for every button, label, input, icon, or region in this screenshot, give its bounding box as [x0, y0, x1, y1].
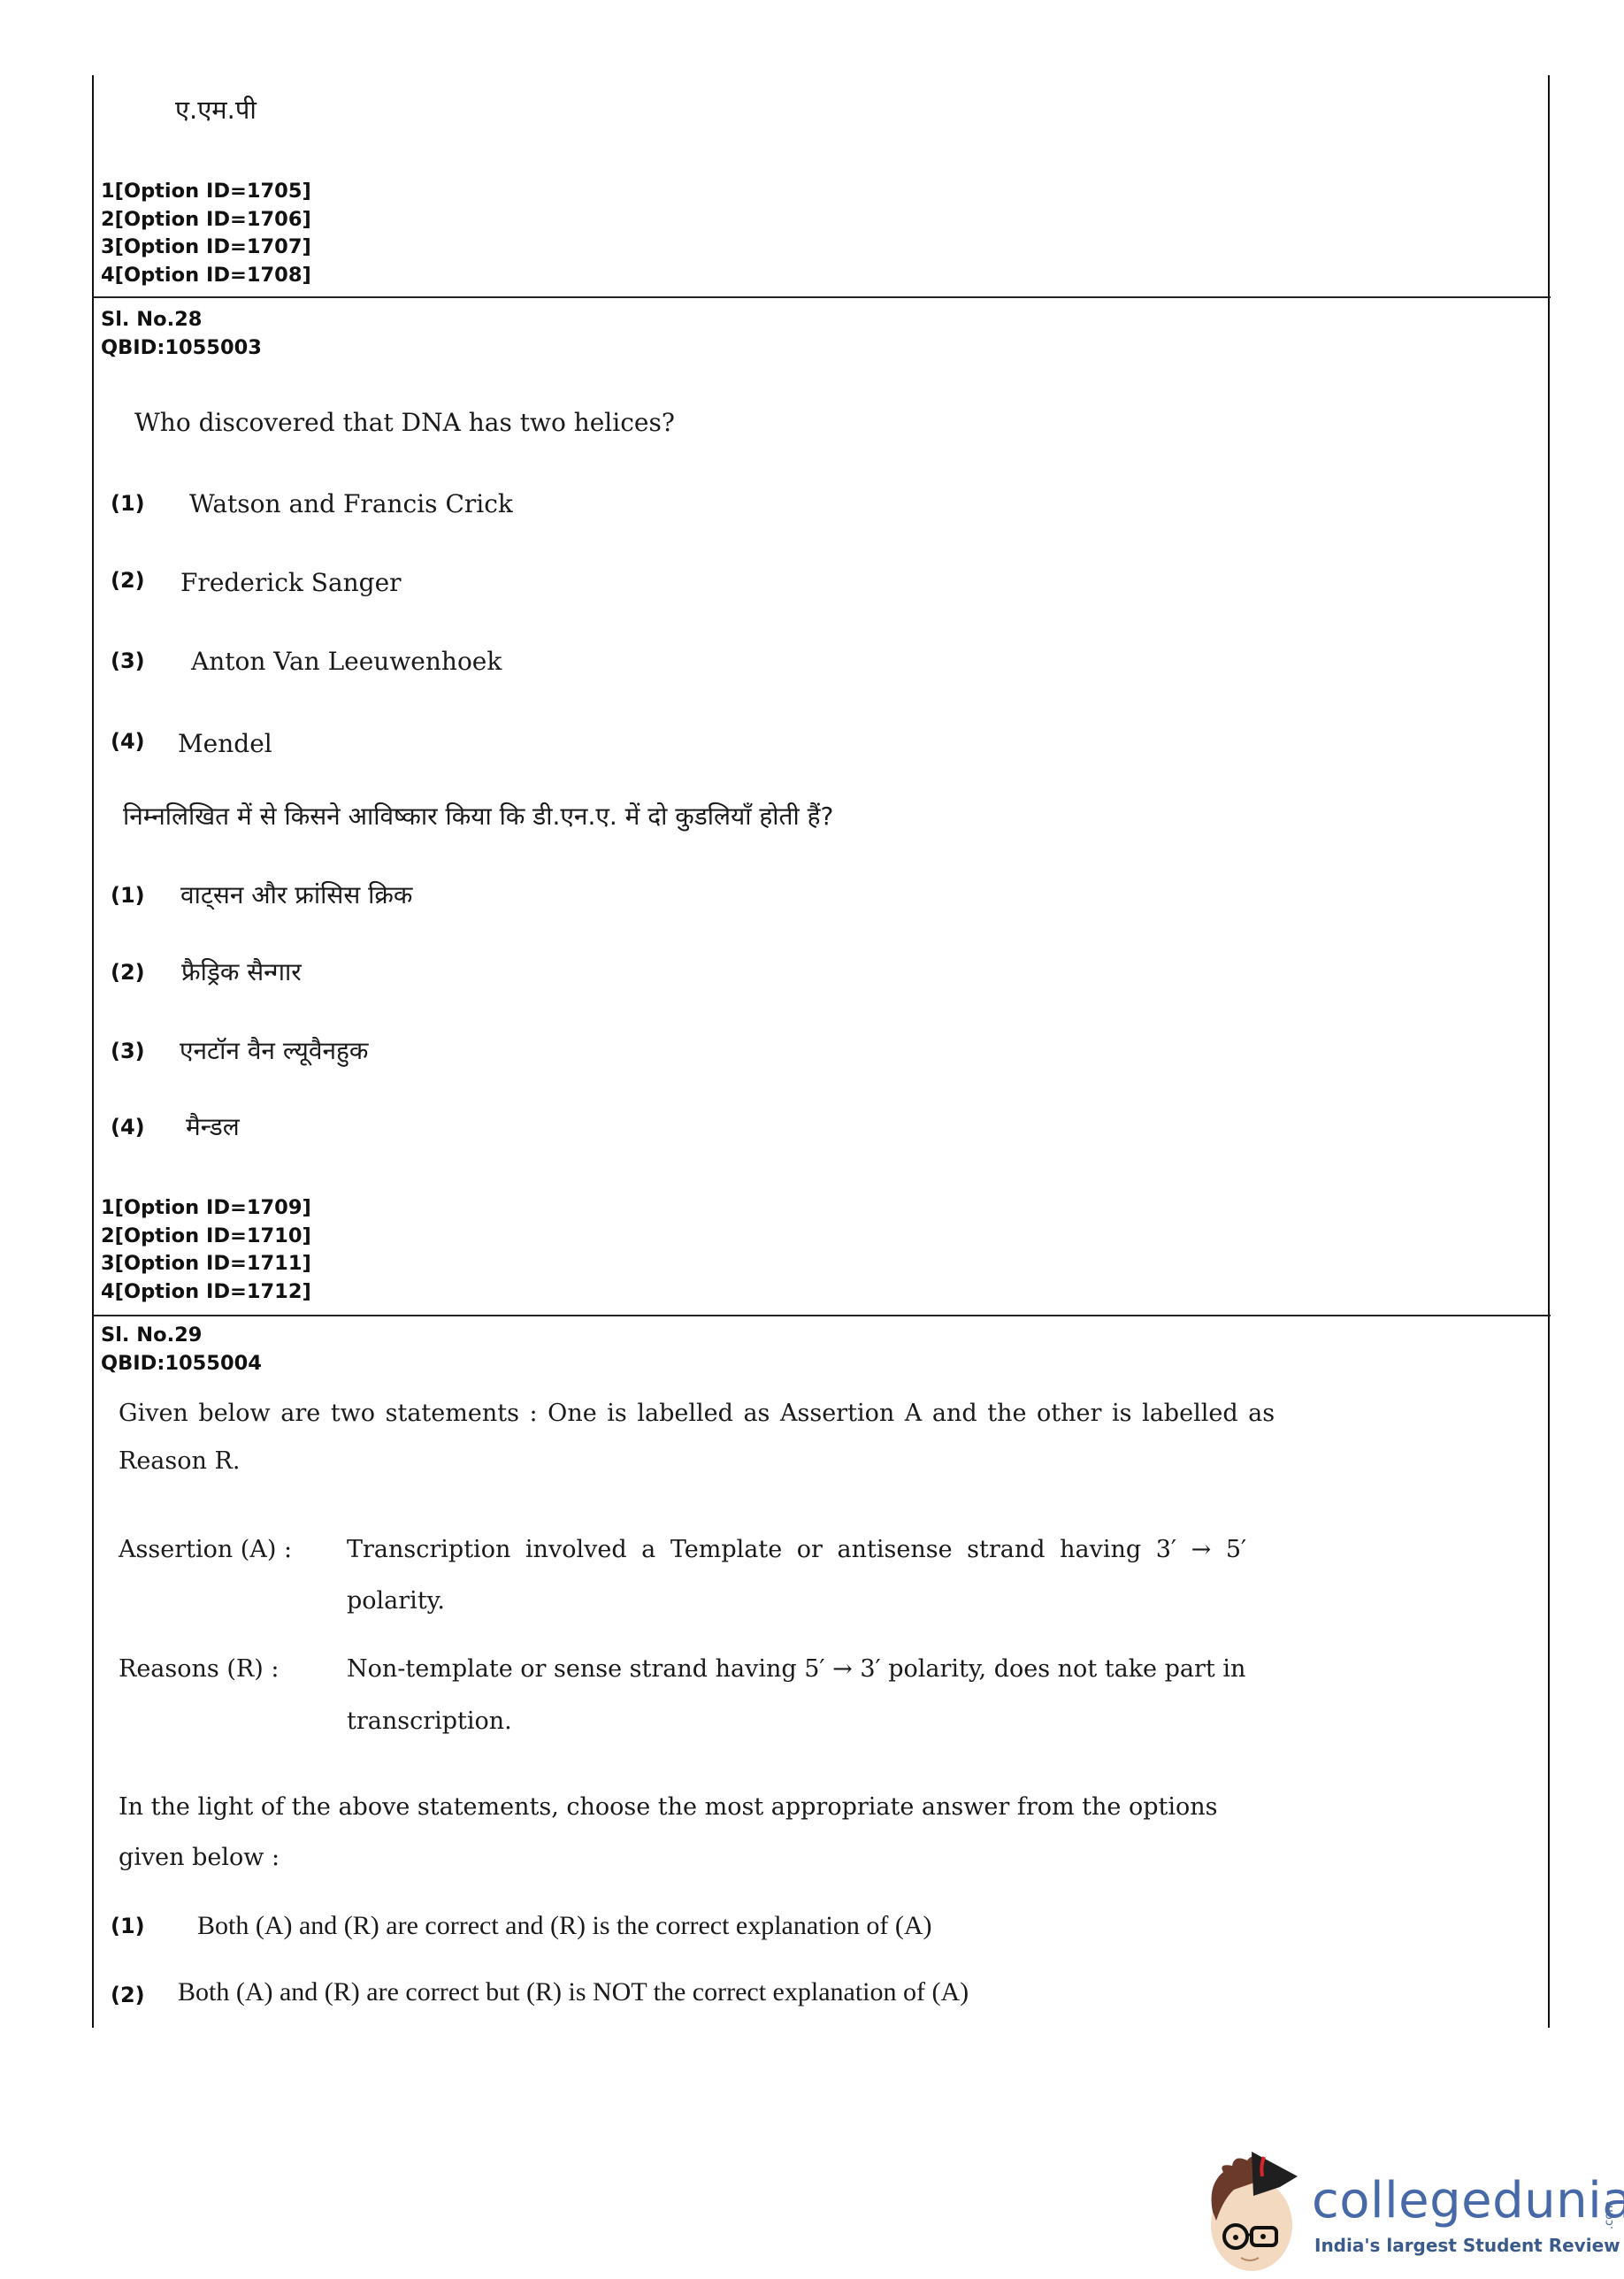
q28-option-en-text: Mendel: [178, 729, 272, 758]
option-id: 4[Option ID=1712]: [101, 1278, 311, 1307]
q28-option-en-label: (4): [111, 729, 145, 754]
q28-option-hi-label: (3): [111, 1039, 145, 1063]
q29-option-text: Both (A) and (R) are correct but (R) is …: [178, 1977, 969, 2007]
assertion-text-line2: polarity.: [347, 1587, 445, 1615]
reason-text-line2: transcription.: [347, 1707, 512, 1735]
option-id: 1[Option ID=1705]: [101, 178, 311, 206]
prev-option-hindi-text: ए.एम.पी: [175, 92, 257, 127]
q29-intro-line1: Given below are two statements : One is …: [119, 1400, 1275, 1427]
prev-option-ids: 1[Option ID=1705] 2[Option ID=1706] 3[Op…: [101, 178, 311, 289]
q29-option-label: (2): [111, 1983, 145, 2007]
reason-label: Reasons (R) :: [119, 1655, 279, 1683]
serial-number: Sl. No.29: [101, 1322, 262, 1350]
q28-option-hi-text: फ्रैड्रिक सैन्गार: [181, 955, 302, 988]
qbid: QBID:1055003: [101, 334, 262, 363]
assertion-text-line1: Transcription involved a Template or ant…: [347, 1536, 1246, 1563]
option-id: 1[Option ID=1709]: [101, 1194, 311, 1223]
q28-option-en-text: Frederick Sanger: [180, 568, 402, 597]
serial-number: Sl. No.28: [101, 306, 262, 334]
q28-option-en-label: (1): [111, 491, 145, 516]
option-id: 2[Option ID=1710]: [101, 1223, 311, 1251]
q28-option-hi-label: (4): [111, 1115, 145, 1139]
q28-question-hi: निम्नलिखित में से किसने आविष्कार किया कि…: [123, 799, 833, 833]
q29-header: Sl. No.29 QBID:1055004: [101, 1322, 262, 1377]
q28-option-en-label: (3): [111, 648, 145, 673]
logo-wordmark: collegedunia: [1312, 2172, 1624, 2229]
q29-option-text: Both (A) and (R) are correct and (R) is …: [197, 1911, 932, 1941]
q29-option-label: (1): [111, 1914, 145, 1938]
q28-option-hi-text: वाट्सन और फ्रांसिस क्रिक: [180, 878, 412, 911]
q28-option-en-label: (2): [111, 568, 145, 593]
q28-option-hi-text: मैन्डल: [186, 1109, 240, 1143]
option-id: 3[Option ID=1707]: [101, 234, 311, 262]
qbid: QBID:1055004: [101, 1350, 262, 1378]
reason-text-line1: Non-template or sense strand having 5′ →…: [347, 1655, 1245, 1683]
q28-question-en: Who discovered that DNA has two helices?: [134, 408, 675, 437]
option-id: 2[Option ID=1706]: [101, 206, 311, 234]
frame-right-border: [1548, 75, 1550, 2028]
q28-header: Sl. No.28 QBID:1055003: [101, 306, 262, 362]
student-mascot-icon: [1199, 2141, 1318, 2274]
q28-option-hi-text: एनटॉन वैन ल्यूवैनहुक: [180, 1033, 368, 1067]
option-id: 3[Option ID=1711]: [101, 1250, 311, 1278]
frame-left-border: [92, 75, 94, 2028]
logo-domain-suffix: .com: [1603, 2201, 1616, 2229]
separator-q28-q29: [93, 1315, 1551, 1316]
separator-q27-q28: [93, 296, 1551, 298]
q28-option-en-text: Watson and Francis Crick: [189, 489, 513, 518]
q28-option-ids: 1[Option ID=1709] 2[Option ID=1710] 3[Op…: [101, 1194, 311, 1306]
q28-option-hi-label: (1): [111, 883, 145, 908]
q28-option-en-text: Anton Van Leeuwenhoek: [191, 647, 502, 676]
q29-intro-line2: Reason R.: [119, 1447, 240, 1475]
logo-tagline: India's largest Student Review Platform: [1314, 2235, 1624, 2256]
collegedunia-logo: collegedunia .com India's largest Studen…: [1199, 2141, 1614, 2274]
assertion-label: Assertion (A) :: [119, 1536, 292, 1563]
q29-instruction-line2: given below :: [119, 1844, 280, 1871]
option-id: 4[Option ID=1708]: [101, 262, 311, 290]
q28-option-hi-label: (2): [111, 960, 145, 985]
q29-instruction-line1: In the light of the above statements, ch…: [119, 1793, 1218, 1821]
